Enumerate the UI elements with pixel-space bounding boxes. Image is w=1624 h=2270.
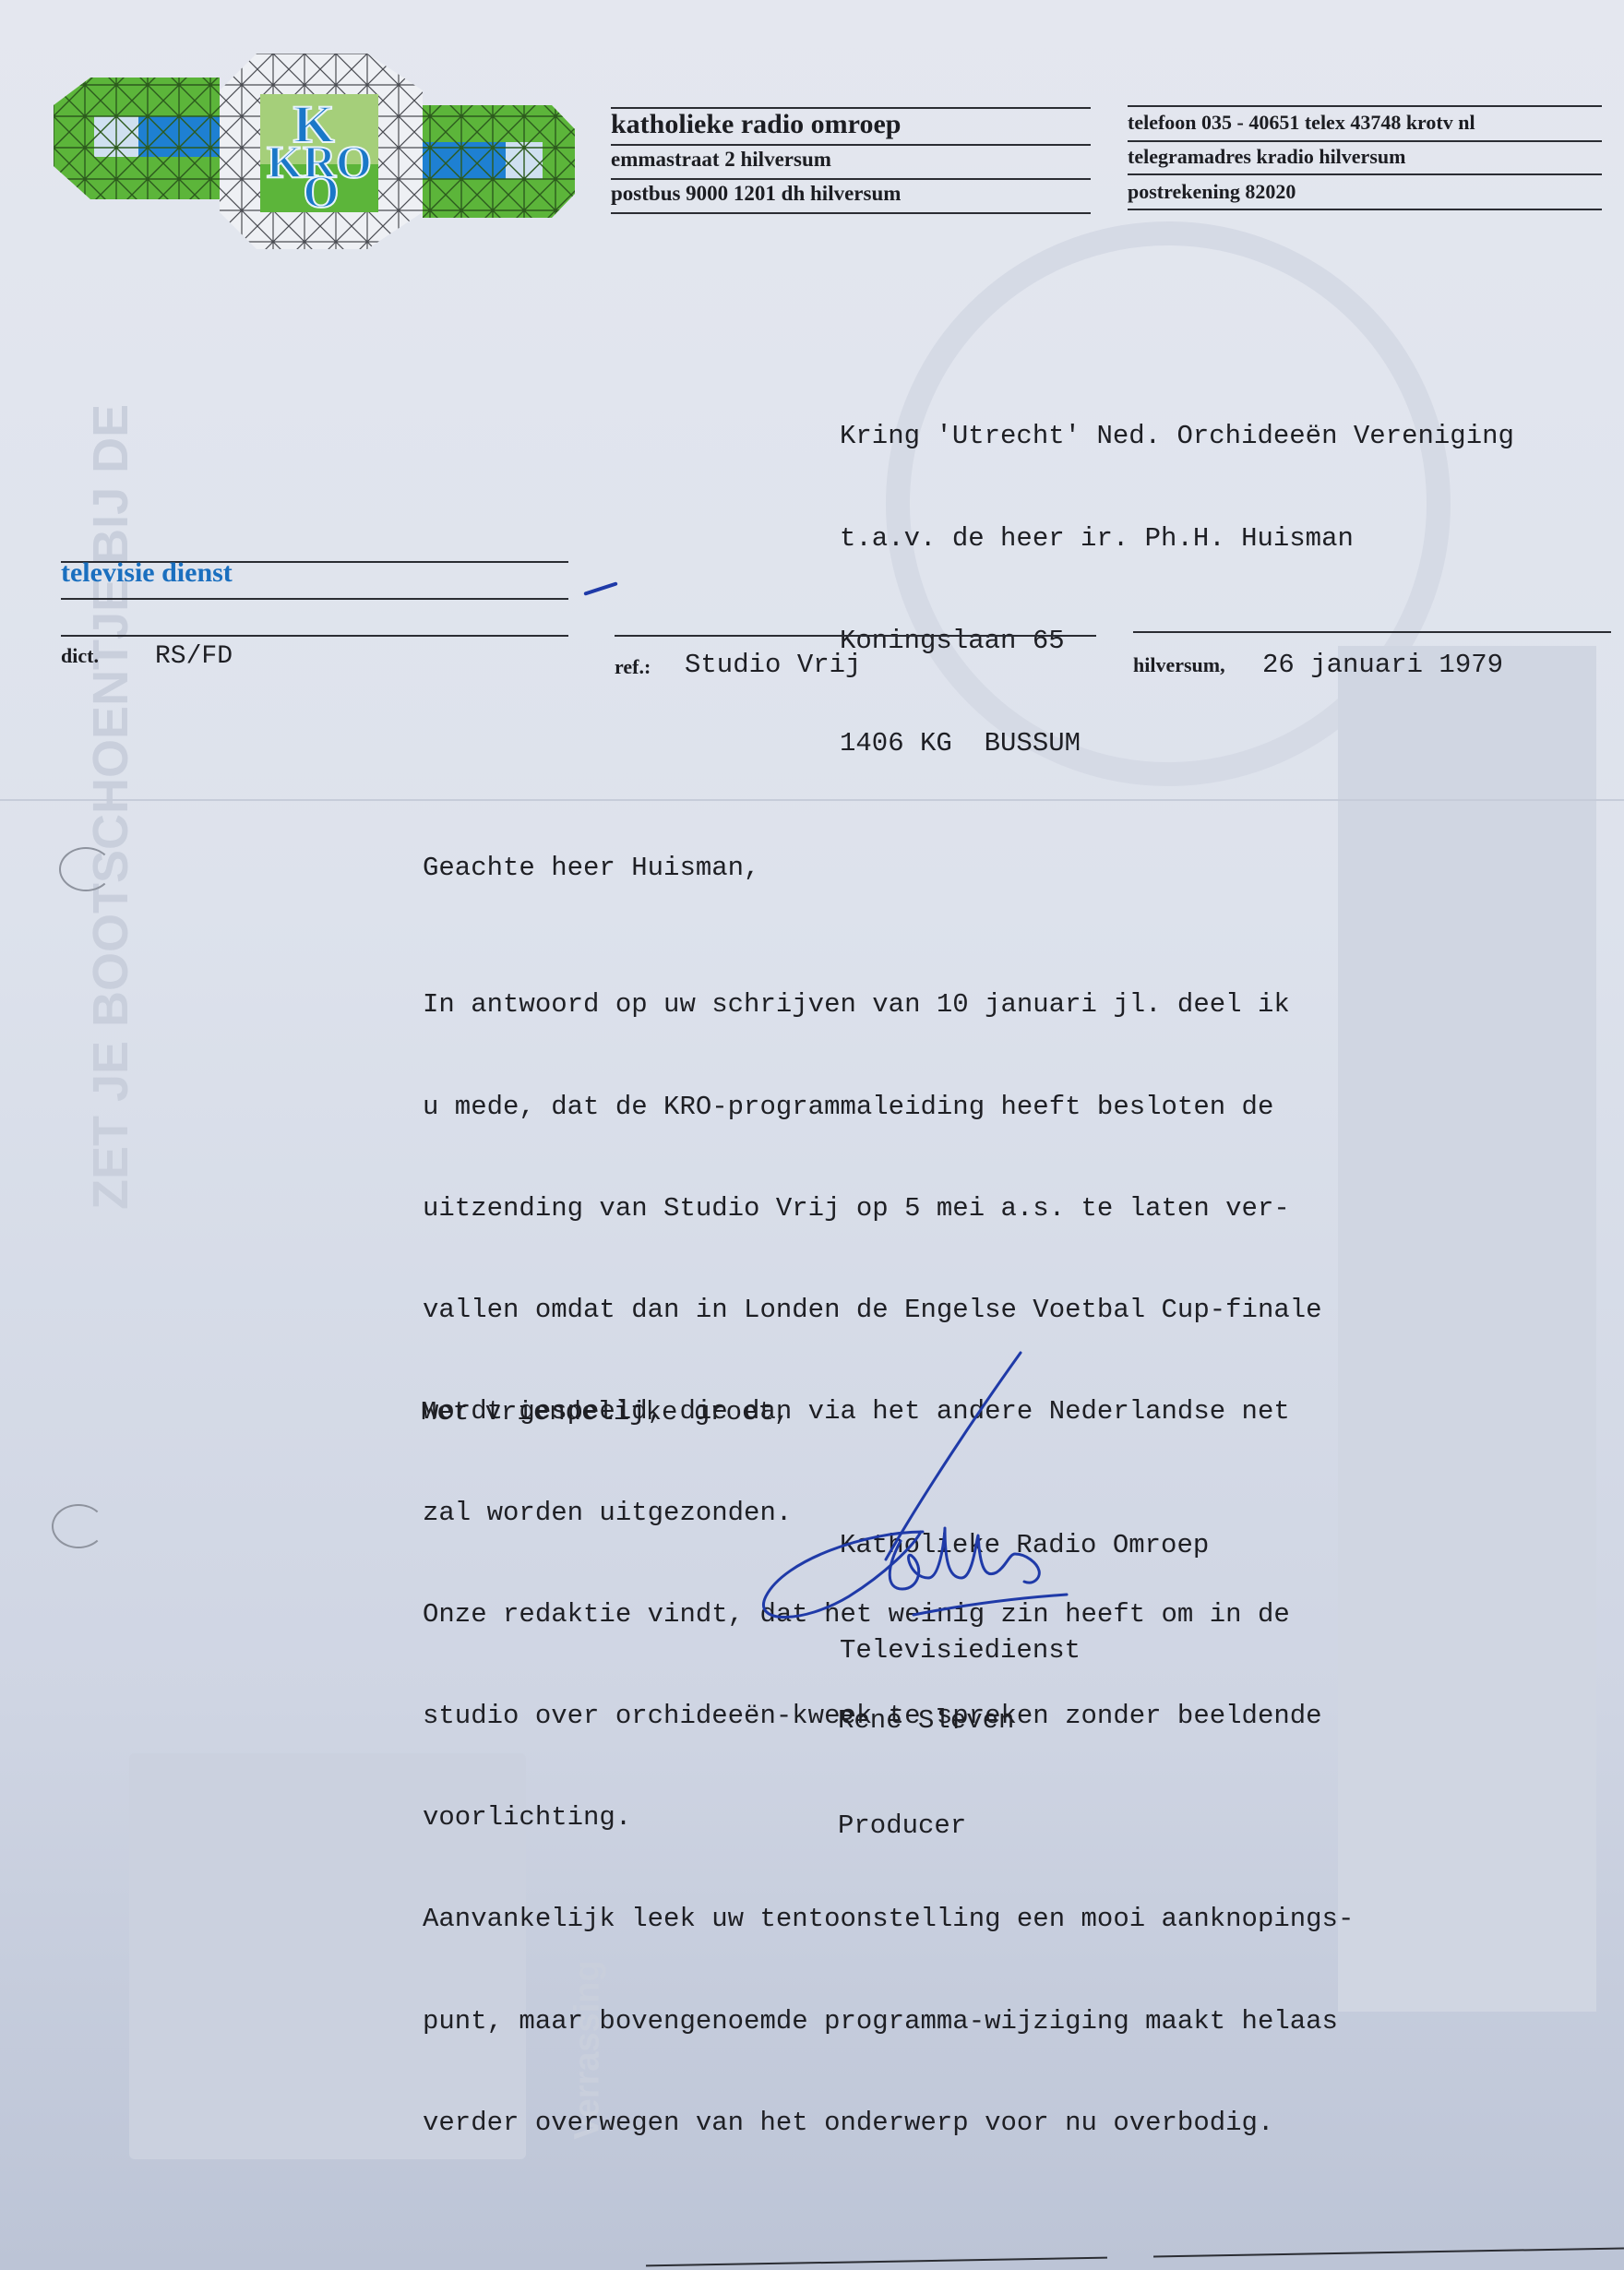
- handwritten-signature: [747, 1347, 1116, 1624]
- rule: [646, 2257, 1107, 2267]
- body-line: In antwoord op uw schrijven van 10 janua…: [423, 988, 1354, 1022]
- punch-hole: [59, 847, 113, 891]
- rule: [611, 144, 1091, 146]
- body-line: vallen omdat dan in Londen de Engelse Vo…: [423, 1294, 1354, 1328]
- salutation: Geachte heer Huisman,: [423, 853, 759, 883]
- body-line: Aanvankelijk leek uw tentoonstelling een…: [423, 1903, 1354, 1937]
- recipient-address: Kring 'Utrecht' Ned. Orchideeën Verenigi…: [840, 351, 1514, 794]
- rule: [1128, 105, 1602, 107]
- rule: [611, 178, 1091, 180]
- dict-label: dict.: [61, 644, 99, 668]
- rule: [1128, 140, 1602, 142]
- rule: [611, 212, 1091, 214]
- punch-hole: [52, 1504, 105, 1548]
- recipient-line: 1406 KG BUSSUM: [840, 726, 1514, 760]
- rule: [61, 598, 568, 600]
- recipient-line: t.a.v. de heer ir. Ph.H. Huisman: [840, 521, 1514, 556]
- postrekening: postrekening 82020: [1128, 180, 1296, 204]
- pen-mark: [583, 581, 617, 596]
- svg-text:O: O: [304, 165, 340, 217]
- letter-date: 26 januari 1979: [1262, 650, 1503, 680]
- rule: [1128, 173, 1602, 175]
- rule: [61, 635, 568, 637]
- rule: [1128, 209, 1602, 210]
- showthrough-block: [1338, 646, 1596, 2012]
- closing: Met vriendelijke groet,: [421, 1397, 790, 1428]
- address-line: emmastraat 2 hilversum: [611, 148, 831, 172]
- body-line: punt, maar bovengenoemde programma-wijzi…: [423, 2005, 1354, 2039]
- signer-block: René Sleven Producer: [838, 1633, 1014, 1879]
- rule: [1153, 2248, 1624, 2258]
- fold-line: [0, 799, 1624, 801]
- body-line: verder overwegen van het onderwerp voor …: [423, 2107, 1354, 2141]
- ref-value: Studio Vrij: [685, 650, 861, 680]
- rule: [1133, 631, 1611, 633]
- showthrough-vertical-text: ZET JE BOOTSCHOENTJE BIJ DE: [82, 287, 139, 1210]
- department-label: televisie dienst: [61, 557, 233, 589]
- dict-value: RS/FD: [155, 642, 233, 671]
- organization-name: katholieke radio omroep: [611, 109, 901, 140]
- body-line: uitzending van Studio Vrij op 5 mei a.s.…: [423, 1192, 1354, 1226]
- postbus-line: postbus 9000 1201 dh hilversum: [611, 182, 901, 206]
- body-line: u mede, dat de KRO-programmaleiding heef…: [423, 1091, 1354, 1125]
- signer-title: Producer: [838, 1809, 1014, 1844]
- place-label: hilversum,: [1133, 653, 1225, 677]
- kro-logo: K KRO O: [54, 54, 575, 249]
- phone-telex: telefoon 035 - 40651 telex 43748 krotv n…: [1128, 111, 1475, 135]
- rule: [615, 635, 1096, 637]
- ref-label: ref.:: [615, 655, 651, 679]
- recipient-line: Kring 'Utrecht' Ned. Orchideeën Verenigi…: [840, 419, 1514, 453]
- telegram-address: telegramadres kradio hilversum: [1128, 145, 1405, 169]
- signer-name: René Sleven: [838, 1703, 1014, 1738]
